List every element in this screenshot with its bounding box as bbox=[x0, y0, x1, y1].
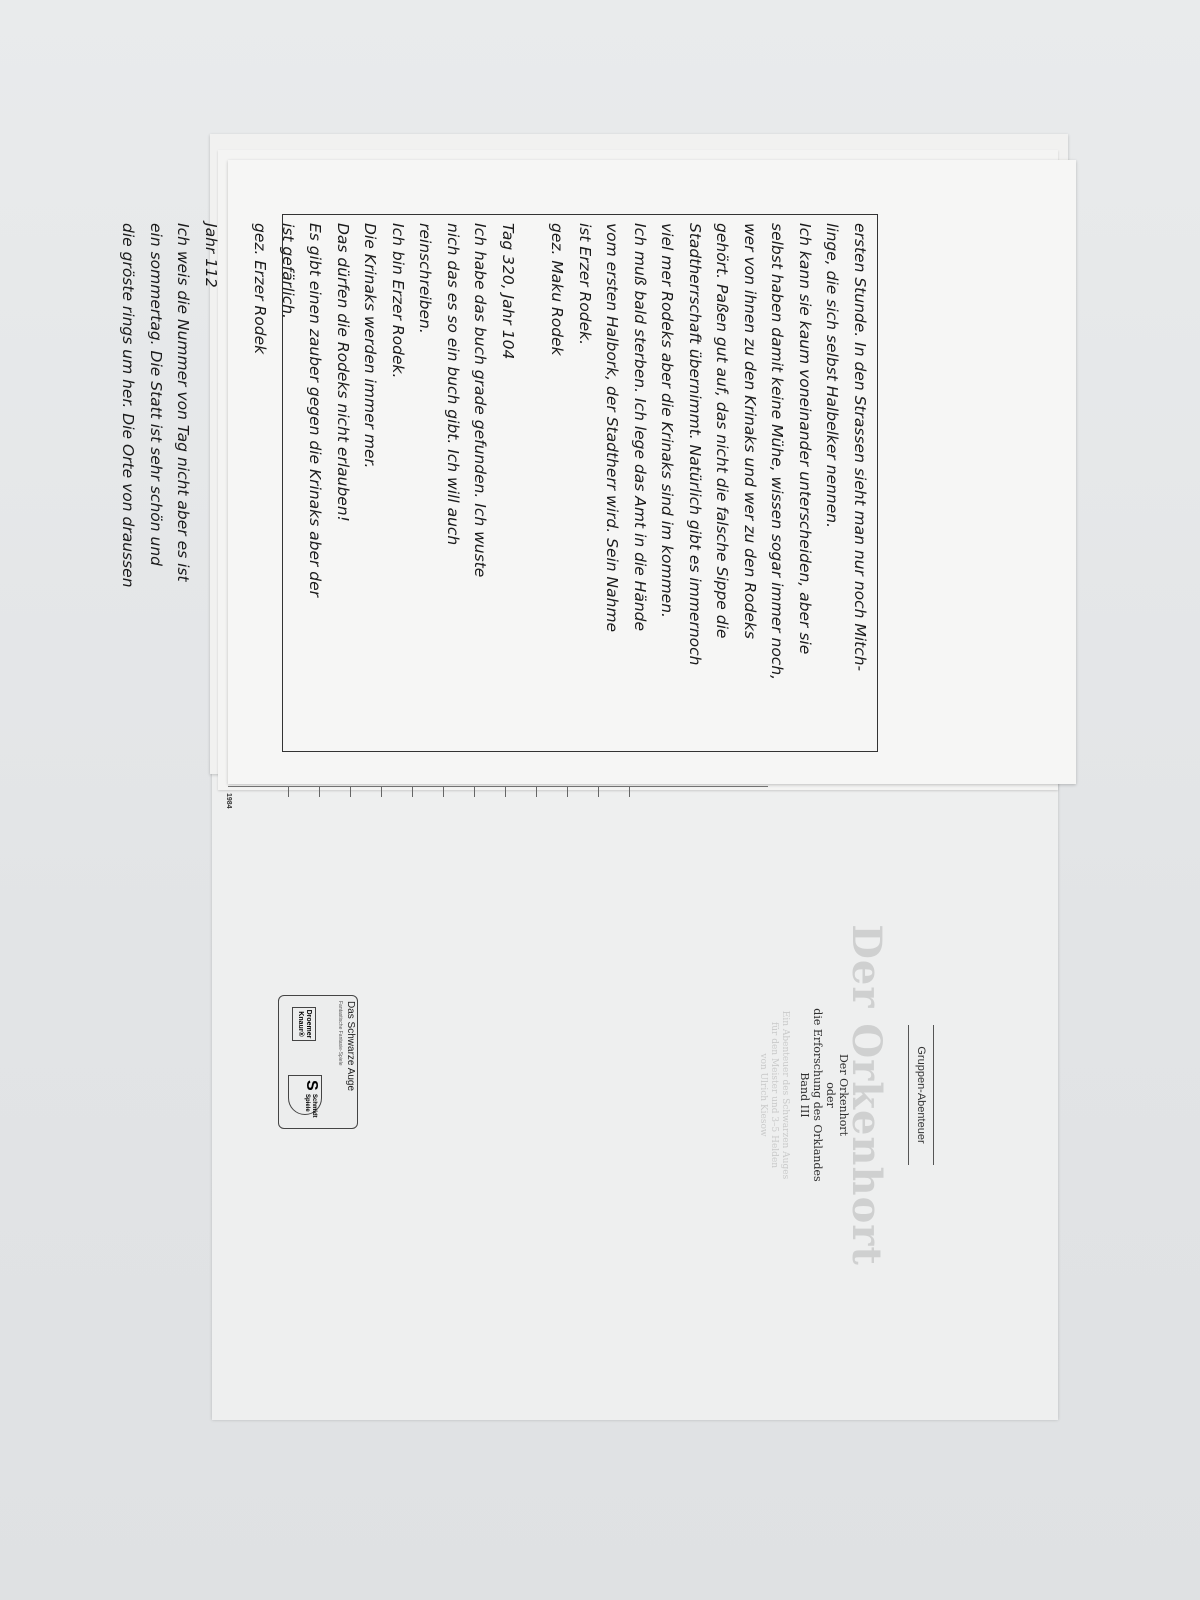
cover-big-title: Der Orkenhort bbox=[843, 915, 890, 1275]
handwritten-line: selbst haben damit keine Mühe, wissen so… bbox=[763, 223, 791, 743]
handwritten-line: gez. Erzer Rodek bbox=[246, 223, 274, 743]
ruler-tick bbox=[567, 787, 568, 797]
handwritten-line: Es gibt einen zauber gegen die Krinaks a… bbox=[301, 223, 329, 743]
faded-line: von Ulrich Kiesow bbox=[757, 985, 768, 1205]
ruler-tick bbox=[319, 787, 320, 797]
handwritten-line: Die Krinaks werden immer mer. bbox=[356, 223, 384, 743]
schmidt-spiele-logo: S Schmidt Spiele bbox=[288, 1075, 322, 1115]
schmidt-s-icon: S bbox=[308, 1080, 315, 1091]
divider bbox=[933, 1025, 934, 1165]
handwritten-line: ein sommertag. Die Statt ist sehr schön … bbox=[142, 223, 170, 743]
series-label: Gruppen-Abenteuer bbox=[902, 985, 940, 1205]
handwritten-line: Ich weis die Nummer von Tag nicht aber e… bbox=[169, 223, 197, 743]
handwritten-line: Jahr 112 bbox=[197, 223, 225, 743]
ruler-tick bbox=[443, 787, 444, 797]
cover-title-block: Gruppen-Abenteuer Der Orkenhort Der Orke… bbox=[720, 985, 850, 1205]
handwritten-line: vom ersten Halbork, der Stadtherr wird. … bbox=[598, 223, 626, 743]
publisher-logo-box: Das Schwarze Auge Fantastische Fantasie-… bbox=[278, 995, 358, 1129]
ruler-tick bbox=[381, 787, 382, 797]
ruler-tick bbox=[505, 787, 506, 797]
handwritten-line: gehört. Paßen gut auf, das nicht die fal… bbox=[708, 223, 736, 743]
handwritten-line: die gröste rings um her. Die Orte von dr… bbox=[114, 223, 142, 743]
handwritten-line: Das dürfen die Rodeks nicht erlauben! bbox=[329, 223, 357, 743]
handwritten-line: Stadtherrschaft übernimmt. Natürlich gib… bbox=[681, 223, 709, 743]
subtitle-line: die Erforschung des Orklandes bbox=[811, 985, 824, 1205]
series-label-text: Gruppen-Abenteuer bbox=[915, 1046, 927, 1143]
ruler-tick bbox=[598, 787, 599, 797]
subtitle-line: oder bbox=[824, 985, 837, 1205]
ruler-label: 1984 bbox=[225, 793, 232, 809]
paragraph-gap bbox=[521, 223, 543, 743]
subtitle-line: Band III bbox=[798, 985, 811, 1205]
handwritten-line: gez. Maku Rodek bbox=[543, 223, 571, 743]
handwritten-line: wer von ihnen zu den Krinaks und wer zu … bbox=[736, 223, 764, 743]
cover-subtitle: Der Orkenhort oder die Erforschung des O… bbox=[798, 985, 850, 1205]
schmidt-label: Schmidt Spiele bbox=[304, 1094, 317, 1118]
handwritten-line: Ich muß bald sterben. Ich lege das Amt i… bbox=[626, 223, 654, 743]
logo-content: Das Schwarze Auge Fantastische Fantasie-… bbox=[278, 995, 358, 1129]
ruler-tick bbox=[536, 787, 537, 797]
page-border-frame: ersten Stunde. In den Strassen sieht man… bbox=[282, 214, 878, 752]
handwritten-line: ersten Stunde. In den Strassen sieht man… bbox=[846, 223, 874, 743]
droemer-knaur-logo: Droemer Knaur® bbox=[292, 1007, 316, 1041]
handwritten-line: nich das es so ein buch gibt. Ich will a… bbox=[439, 223, 467, 743]
handwritten-text: ersten Stunde. In den Strassen sieht man… bbox=[283, 215, 877, 751]
ruler-tick bbox=[412, 787, 413, 797]
ruler-tick bbox=[474, 787, 475, 797]
handwritten-line: ist gefärlich. bbox=[274, 223, 302, 743]
logo-tagline: Fantastische Fantasie-Spiele bbox=[337, 1001, 343, 1065]
handwritten-line: Ich kann sie kaum voneinander unterschei… bbox=[791, 223, 819, 743]
handwritten-line: Ich habe das buch grade gefunden. Ich wu… bbox=[466, 223, 494, 743]
handwritten-line: Ich bin Erzer Rodek. bbox=[384, 223, 412, 743]
cover-faded-text: Ein Abenteuer des Schwarzen Auges für de… bbox=[757, 985, 790, 1205]
handwritten-line: linge, die sich selbst Halbelker nennen. bbox=[818, 223, 846, 743]
subtitle-line: Der Orkenhort bbox=[837, 985, 850, 1205]
divider bbox=[908, 1025, 909, 1165]
ruler-tick bbox=[629, 787, 630, 797]
logo-title: Das Schwarze Auge bbox=[345, 1001, 356, 1091]
handwritten-line: reinschreiben. bbox=[411, 223, 439, 743]
ruler-tick bbox=[350, 787, 351, 797]
ruler-strip: 1984 bbox=[228, 786, 768, 811]
faded-line: Ein Abenteuer des Schwarzen Auges bbox=[779, 985, 790, 1205]
faded-line: für den Meister und 3–5 Helden bbox=[768, 985, 779, 1205]
handwritten-line: viel mer Rodeks aber die Krinaks sind im… bbox=[653, 223, 681, 743]
handwritten-line: ist Erzer Rodek. bbox=[571, 223, 599, 743]
handwritten-line: Tag 320, Jahr 104 bbox=[494, 223, 522, 743]
ruler-tick bbox=[288, 787, 289, 797]
paragraph-gap bbox=[224, 223, 246, 743]
